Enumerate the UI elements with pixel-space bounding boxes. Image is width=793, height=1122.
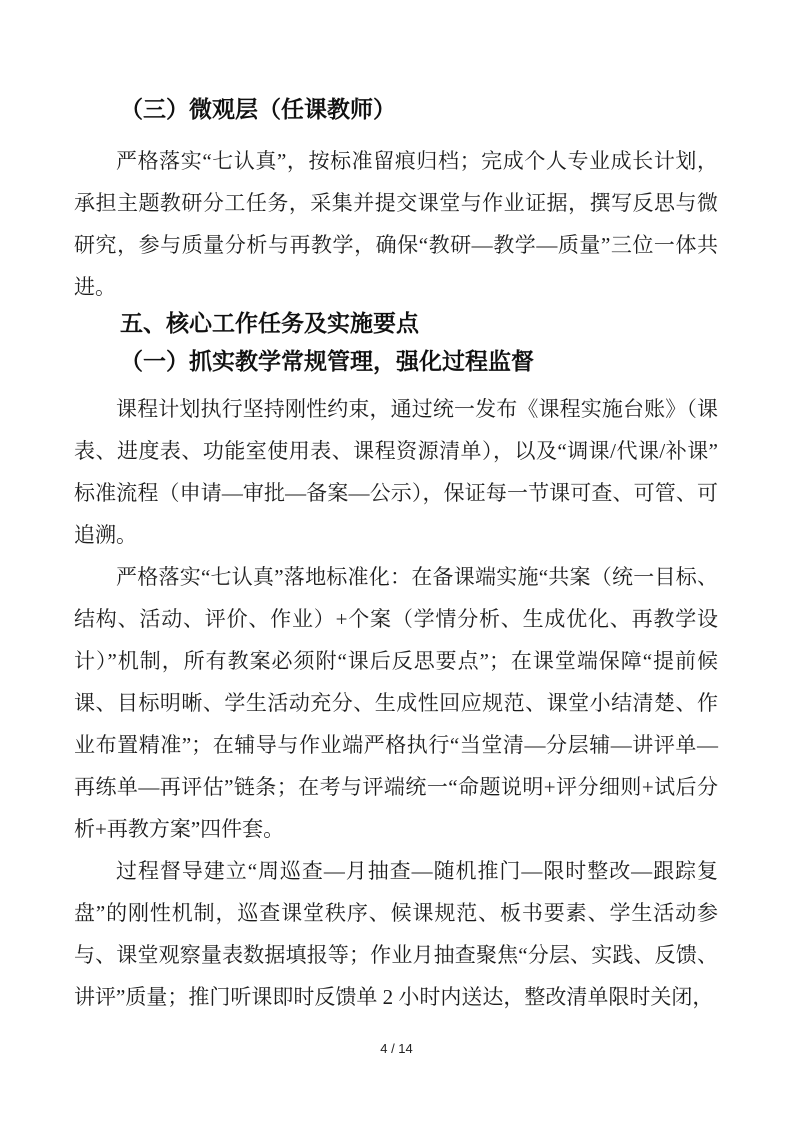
paragraph-process-supervision: 过程督导建立“周巡查—月抽查—随机推门—限时整改—跟踪复盘”的刚性机制，巡查课堂…	[74, 850, 718, 1018]
paragraph-qirenzhen-standardization: 严格落实“七认真”落地标准化：在备课端实施“共案（统一目标、结构、活动、评价、作…	[74, 556, 718, 850]
paragraph-course-plan-execution: 课程计划执行坚持刚性约束，通过统一发布《课程实施台账》（课表、进度表、功能室使用…	[74, 388, 718, 556]
heading-core-tasks: 五、核心工作任务及实施要点	[74, 308, 718, 338]
page-number: 4 / 14	[380, 1041, 413, 1056]
paragraph-teacher-duties: 严格落实“七认真”，按标准留痕归档；完成个人专业成长计划，承担主题教研分工任务，…	[74, 140, 718, 308]
document-body: （三）微观层（任课教师） 严格落实“七认真”，按标准留痕归档；完成个人专业成长计…	[0, 0, 793, 1018]
heading-micro-layer-teachers: （三）微观层（任课教师）	[74, 94, 718, 124]
page-footer: 4 / 14	[0, 1041, 793, 1056]
heading-teaching-routine-management: （一）抓实教学常规管理，强化过程监督	[74, 346, 718, 376]
document-page: （三）微观层（任课教师） 严格落实“七认真”，按标准留痕归档；完成个人专业成长计…	[0, 0, 793, 1122]
